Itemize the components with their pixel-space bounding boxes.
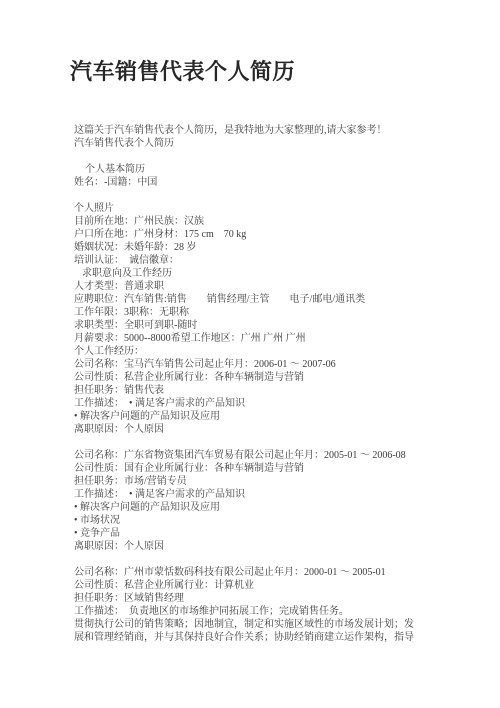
objective-section-heading: 求职意向及工作经历 — [74, 267, 494, 280]
job2-leave-line: 离职原因：个人原因 — [74, 540, 494, 553]
document-body: 这篇关于汽车销售代表个人简历，是我特地为大家整理的,请大家参考！ 汽车销售代表个… — [74, 124, 494, 644]
job1-desc-line: • 解决客户问题的产品知识及应用 — [74, 410, 494, 423]
household-field: 户口所在地：广州身材：175 cm 70 kg — [74, 228, 494, 241]
job3-desc-line: 工作描述： 负责地区的市场维护同拓展工作；完成销售任务。 — [74, 605, 494, 618]
training-cert-field: 培训认证： 诚信徽章： — [74, 254, 494, 267]
job3-role-line: 担任职务：区域销售经理 — [74, 592, 494, 605]
photo-label: 个人照片 — [74, 202, 494, 215]
job2-desc-line: • 市场状况 — [74, 514, 494, 527]
marital-status-field: 婚姻状况：未婚年龄：28 岁 — [74, 241, 494, 254]
spacer — [74, 553, 494, 566]
spacer — [74, 189, 494, 202]
name-field: 姓名：-国籍：中国 — [74, 176, 494, 189]
spacer — [74, 436, 494, 449]
salary-field: 月薪要求：5000--8000希望工作地区：广州 广州 广州 — [74, 332, 494, 345]
resume-subtitle: 汽车销售代表个人简历 — [74, 137, 494, 150]
job2-nature-line: 公司性质：国有企业所属行业：各种车辆制造与营销 — [74, 462, 494, 475]
job2-desc-line: • 解决客户问题的产品知识及应用 — [74, 501, 494, 514]
page-title: 汽车销售代表个人简历 — [70, 60, 295, 84]
resume-document-page: 汽车销售代表个人简历 这篇关于汽车销售代表个人简历，是我特地为大家整理的,请大家… — [0, 0, 500, 708]
job1-desc-line: 工作描述： • 满足客户需求的产品知识 — [74, 397, 494, 410]
spacer — [74, 150, 494, 163]
job1-role-line: 担任职务：销售代表 — [74, 384, 494, 397]
job1-company-line: 公司名称：宝马汽车销售公司起止年月：2006-01 ～ 2007-06 — [74, 358, 494, 371]
job-type-field: 求职类型：全职可到职-随时 — [74, 319, 494, 332]
work-years-field: 工作年限：3职称：无职称 — [74, 306, 494, 319]
job3-desc-line: 展和管理经销商，并与其保持良好合作关系；协助经销商建立运作架构，指导 — [74, 631, 494, 644]
talent-type-field: 人才类型：普通求职 — [74, 280, 494, 293]
job3-desc-line: 贯彻执行公司的销售策略；因地制宜，制定和实施区域性的市场发展计划；发 — [74, 618, 494, 631]
job2-desc-line: • 竞争产品 — [74, 527, 494, 540]
job1-leave-line: 离职原因：个人原因 — [74, 423, 494, 436]
intro-note: 这篇关于汽车销售代表个人简历，是我特地为大家整理的,请大家参考！ — [74, 124, 494, 137]
job3-nature-line: 公司性质：私营企业所属行业：计算机业 — [74, 579, 494, 592]
basic-section-heading: 个人基本简历 — [74, 163, 494, 176]
current-location-field: 目前所在地：广州民族：汉族 — [74, 215, 494, 228]
job2-desc-line: 工作描述： • 满足客户需求的产品知识 — [74, 488, 494, 501]
job2-company-line: 公司名称：广东省物资集团汽车贸易有限公司起止年月：2005-01 ～ 2006-… — [74, 449, 494, 462]
job3-company-line: 公司名称：广州市蒙恬数码科技有限公司起止年月：2000-01 ～ 2005-01 — [74, 566, 494, 579]
work-experience-heading: 个人工作经历： — [74, 345, 494, 358]
desired-position-field: 应聘职位：汽车销售:销售 销售经理/主管 电子/邮电/通讯类 — [74, 293, 494, 306]
job1-nature-line: 公司性质：私营企业所属行业：各种车辆制造与营销 — [74, 371, 494, 384]
job2-role-line: 担任职务：市场/营销专员 — [74, 475, 494, 488]
